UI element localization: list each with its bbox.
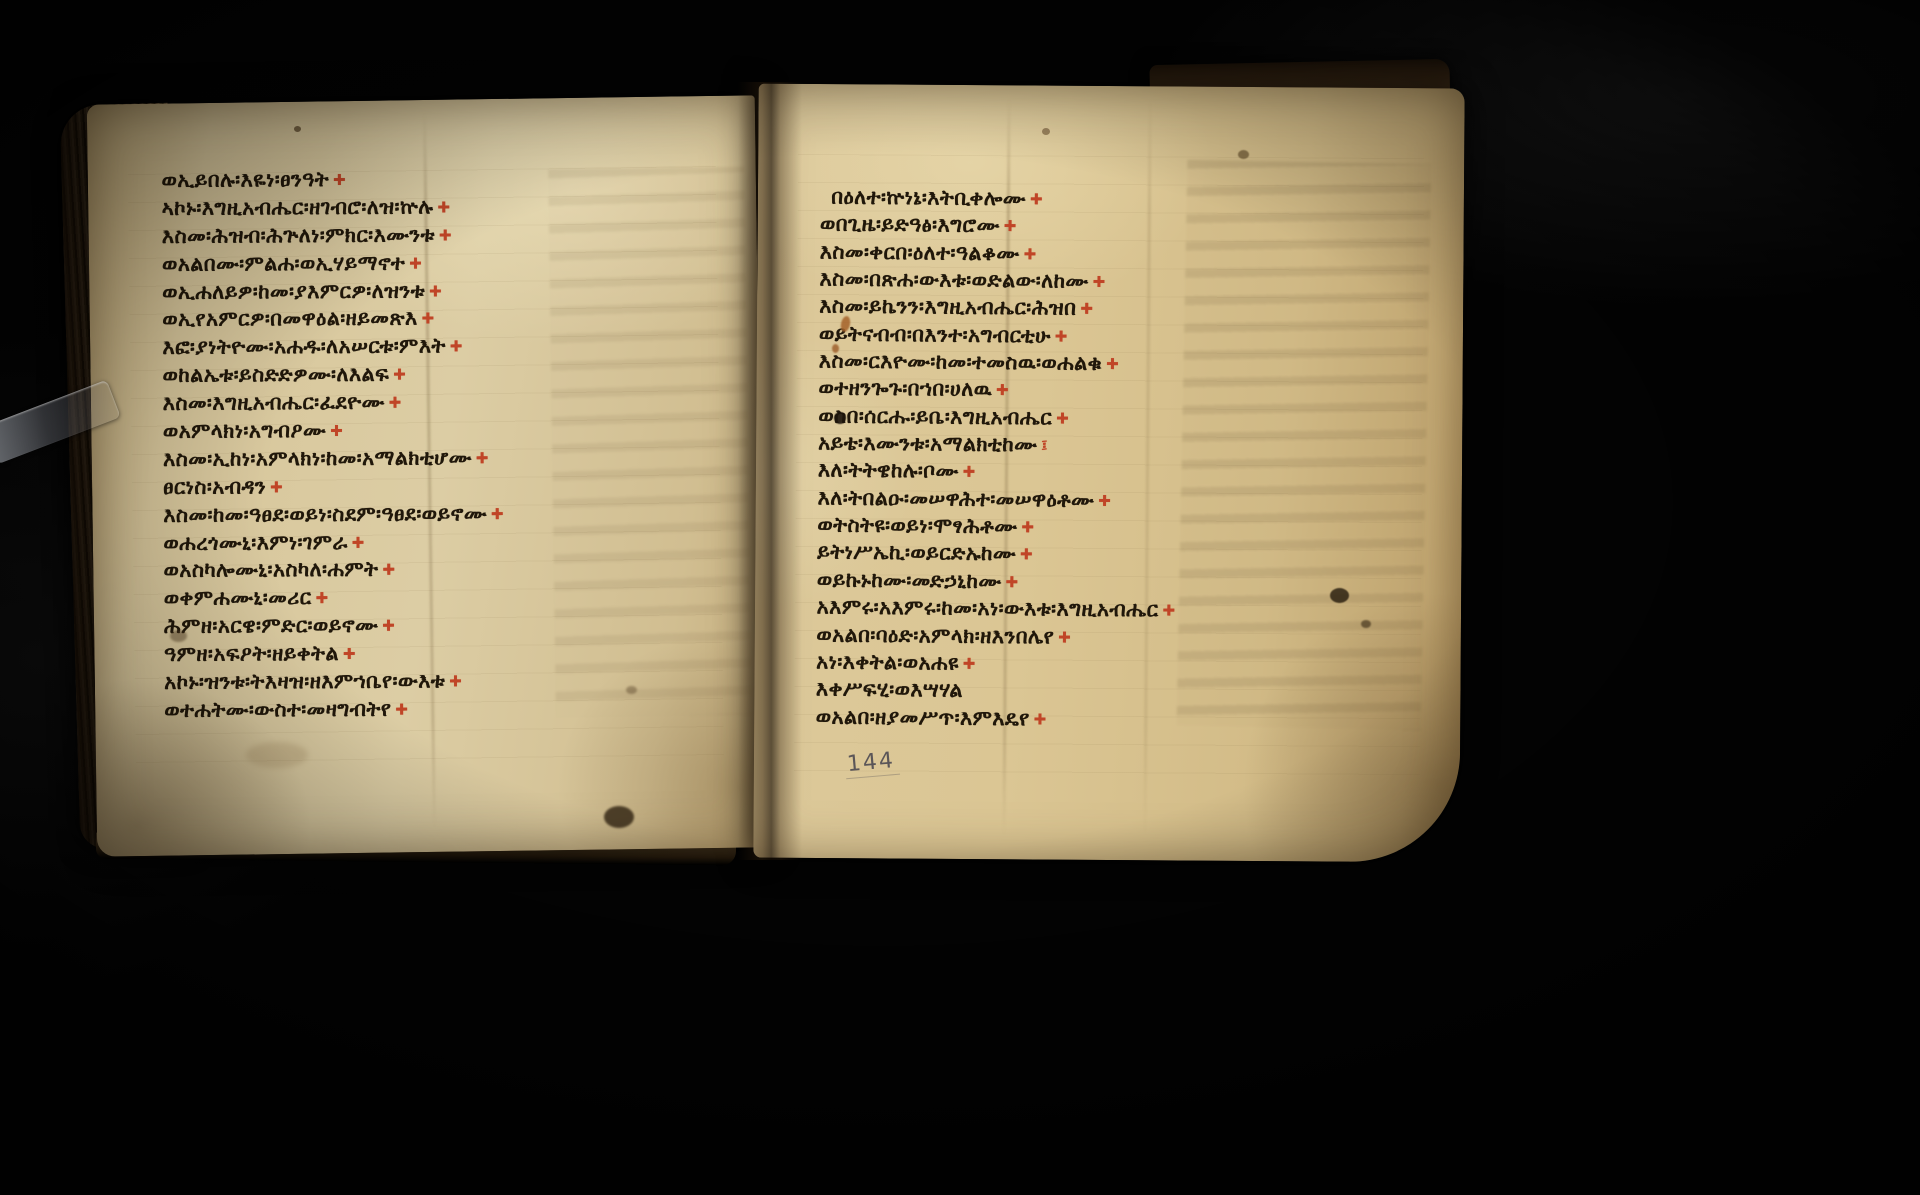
geez-text: እስመ፡ርእዮሙ፡ከመ፡ተመስዉ፡ወሐልቁ — [819, 349, 1102, 375]
rubric-cross-icon: ✚ — [963, 463, 976, 481]
stain-spot — [1361, 620, 1371, 628]
geez-text: ወስበ፡ሰርሑ፡ይቤ፡እግዚአብሔር — [818, 403, 1052, 429]
rubric-cross-icon: ✚ — [439, 226, 452, 244]
rubric-cross-icon: ✚ — [996, 381, 1009, 399]
rubric-cross-icon: ✚ — [330, 422, 343, 440]
stain-spot — [1330, 588, 1349, 603]
geez-text: አእምሩ፡አእምሩ፡ከመ፡አነ፡ውእቱ፡እግዚአብሔር — [817, 595, 1159, 622]
rubric-cross-icon: ✚ — [422, 310, 435, 328]
rubric-cross-icon: ✚ — [409, 254, 422, 272]
manuscript-text-line: እስመ፡ቀርበ፡ዕለተ፡ዓልቆሙ✚ — [820, 239, 1179, 269]
manuscript-text-line: ወኢይበሉ፡እዬነ፡ፀንዓት✚ — [162, 166, 502, 196]
geez-text: እለ፡ትበልዑ፡መሠዋሕተ፡መሠዋዕቶሙ — [818, 485, 1095, 511]
rubric-cross-icon: ✚ — [1021, 518, 1034, 536]
book-gutter-shadow — [738, 82, 802, 860]
geez-text: ወኢይበሉ፡እዬነ፡ፀንዓት — [162, 167, 330, 192]
manuscript-text-line: ወተዘንጐጉ፡በኀበ፡ሀለዉ✚ — [818, 376, 1177, 406]
rust-stain — [832, 344, 839, 353]
manuscript-text-line: ወአምላክነ፡አግብዖሙ✚ — [163, 417, 503, 447]
geez-text: ይትነሥኤኪ፡ወይርድኡከሙ — [817, 540, 1016, 566]
stain-spot — [1238, 150, 1249, 159]
geez-text: እስመ፡እግዚአብሔር፡ፈደዮሙ — [163, 390, 385, 415]
geez-text: ወሐረጎሙኒ፡እምነ፡ገምራ — [163, 530, 347, 555]
manuscript-text-line: እለ፡ትትዌከሉ፡ቦሙ✚ — [818, 458, 1177, 488]
geez-text: እስመ፡ይኬንን፡እግዚአብሔር፡ሕዝበ — [819, 294, 1076, 320]
rubric-cross-icon: ✚ — [450, 338, 463, 356]
geez-text: ወአልበ፡ባዕድ፡አምላክ፡ዘእንበሌየ — [816, 622, 1054, 648]
geez-text: ወበጊዜ፡ይድዓፅ፡እግሮሙ — [820, 212, 1000, 238]
rubric-cross-icon: ✚ — [1004, 217, 1017, 235]
geez-text: እስመ፡ሕዝብ፡ሕጕለነ፡ምክር፡እሙንቱ — [162, 222, 435, 247]
right-page-text-column: በዕለተ፡ኵነኔ፡እትቢቀሎሙ✚ወበጊዜ፡ይድዓፅ፡እግሮሙ✚እስመ፡ቀርበ፡ዕ… — [816, 184, 1179, 734]
stain-spot — [1042, 128, 1050, 135]
manuscript-text-line: ወተሐትሙ፡ውስተ፡መዛግብትየ✚ — [164, 696, 504, 726]
manuscript-text-line: ወትስትዩ፡ወይነ፡ሞፃሕቶሙ✚ — [817, 513, 1176, 543]
rubric-cross-icon: ✚ — [1020, 546, 1033, 564]
rubric-cross-icon: ✚ — [352, 533, 365, 551]
geez-text: ሕምዘ፡አርዌ፡ምድር፡ወይኖሙ — [164, 613, 378, 638]
rubric-cross-icon: ✚ — [1034, 710, 1047, 728]
ink-spot — [834, 412, 846, 424]
rubric-cross-icon: ✚ — [476, 449, 489, 467]
manuscript-text-line: ወአልበ፡ባዕድ፡አምላክ፡ዘእንበሌየ✚ — [816, 622, 1175, 652]
geez-text: ወኢየአምርዎ፡በመዋዕል፡ዘይመጽእ — [162, 306, 417, 331]
geez-text: ወኢሐለይዎ፡ከመ፡ያእምርዎ፡ለዝንቱ — [162, 278, 425, 303]
manuscript-text-line: እስመ፡እግዚአብሔር፡ፈደዮሙ✚ — [163, 389, 503, 419]
rubric-cross-icon: ✚ — [1162, 602, 1175, 620]
manuscript-text-line: ዓምዘ፡አፍዖት፡ዘይቀትል✚ — [164, 640, 504, 670]
rubric-cross-icon: ✚ — [449, 672, 462, 690]
geez-text: ወይኩኑከሙ፡መድኃኒከሙ — [817, 567, 1002, 593]
manuscript-text-line: በዕለተ፡ኵነኔ፡እትቢቀሎሙ✚ — [820, 184, 1179, 214]
manuscript-text-line: እስመ፡ይኬንን፡እግዚአብሔር፡ሕዝበ✚ — [819, 294, 1178, 324]
geez-text: ወቀምሐሙኒ፡መሪር — [164, 585, 312, 610]
rubric-cross-icon: ✚ — [316, 589, 329, 607]
rubric-cross-icon: ✚ — [1098, 492, 1111, 510]
geez-text: እስመ፡ቀርበ፡ዕለተ፡ዓልቆሙ — [820, 239, 1020, 265]
rubric-cross-icon: ፤ — [1041, 436, 1047, 454]
manuscript-text-line: ወአስካሎሙኒ፡አስካለ፡ሐምት✚ — [164, 557, 504, 587]
manuscript-text-line: ኣኮኑ፡እግዚአብሔር፡ዘገብሮ፡ለዝ፡ኵሉ✚ — [162, 194, 502, 224]
geez-text: እስመ፡ከመ፡ዓፀደ፡ወይነ፡ስደም፡ዓፀደ፡ወይኖሙ — [163, 501, 487, 527]
stain-spot — [604, 806, 634, 828]
manuscript-text-line: እለ፡ትበልዑ፡መሠዋሕተ፡መሠዋዕቶሙ✚ — [818, 485, 1177, 515]
photo-backdrop: ወኢይበሉ፡እዬነ፡ፀንዓት✚ኣኮኑ፡እግዚአብሔር፡ዘገብሮ፡ለዝ፡ኵሉ✚እስ… — [0, 0, 1920, 1195]
rubric-cross-icon: ✚ — [1058, 628, 1071, 646]
manuscript-text-line: ወኢሐለይዎ፡ከመ፡ያእምርዎ፡ለዝንቱ✚ — [162, 278, 502, 308]
geez-text: ወተዘንጐጉ፡በኀበ፡ሀለዉ — [819, 376, 993, 402]
geez-text: እስመ፡በጽሐ፡ውእቱ፡ወድልው፡ለከሙ — [819, 266, 1088, 292]
rubric-cross-icon: ✚ — [1055, 327, 1068, 345]
manuscript-text-line: ወሐረጎሙኒ፡እምነ፡ገምራ✚ — [163, 529, 503, 559]
manuscript-text-line: ወይኩኑከሙ፡መድኃኒከሙ✚ — [817, 567, 1176, 597]
left-page-text-column: ወኢይበሉ፡እዬነ፡ፀንዓት✚ኣኮኑ፡እግዚአብሔር፡ዘገብሮ፡ለዝ፡ኵሉ✚እስ… — [162, 166, 505, 726]
geez-text: በዕለተ፡ኵነኔ፡እትቢቀሎሙ — [831, 185, 1026, 211]
rubric-cross-icon: ✚ — [429, 282, 442, 300]
manuscript-text-line: ወአልበ፡ዘያመሥጥ፡እምእዴየ✚ — [816, 704, 1175, 734]
geez-text: አይቴ፡እሙንቱ፡አማልክቲከሙ — [818, 431, 1037, 457]
geez-text: እስመ፡ኢከነ፡አምላክነ፡ከመ፡አማልክቲሆሙ — [163, 445, 472, 471]
page-number: 144 — [844, 748, 900, 780]
geez-text: ፀርነስ፡አብዳን — [163, 474, 266, 499]
manuscript-text-line: ወከልኤቱ፡ይስድድዎሙ፡ለእልፍ✚ — [163, 361, 503, 391]
rubric-cross-icon: ✚ — [1080, 300, 1093, 318]
rubric-cross-icon: ✚ — [343, 645, 356, 663]
manuscript-text-line: ሕምዘ፡አርዌ፡ምድር፡ወይኖሙ✚ — [164, 612, 504, 642]
geez-text: ወተሐትሙ፡ውስተ፡መዛግብትየ — [164, 697, 391, 722]
manuscript-text-line: ወአልበሙ፡ምልሐ፡ወኢሃይማኖተ✚ — [162, 250, 502, 280]
rubric-cross-icon: ✚ — [270, 478, 283, 496]
rubric-cross-icon: ✚ — [333, 171, 346, 189]
manuscript-text-line: እቀሥፍሂ፡ወእሣሃል — [816, 677, 1175, 707]
geez-text: ወአስካሎሙኒ፡አስካለ፡ሐምት — [164, 557, 379, 582]
manuscript-text-line: አይቴ፡እሙንቱ፡አማልክቲከሙ፤ — [818, 431, 1177, 461]
manuscript-text-line: ወበጊዜ፡ይድዓፅ፡እግሮሙ✚ — [820, 212, 1179, 242]
manuscript-text-line: አኮኑ፡ዝንቱ፡ትእዛዝ፡ዘእምኀቤየ፡ውእቱ✚ — [164, 668, 504, 698]
geez-text: ወአልበ፡ዘያመሥጥ፡እምእዴየ — [816, 704, 1030, 730]
manuscript-text-line: ይትነሥኤኪ፡ወይርድኡከሙ✚ — [817, 540, 1176, 570]
rubric-cross-icon: ✚ — [1106, 355, 1119, 373]
geez-text: እቀሥፍሂ፡ወእሣሃል — [816, 677, 963, 702]
manuscript-text-line: እስመ፡ከመ፡ዓፀደ፡ወይነ፡ስደም፡ዓፀደ፡ወይኖሙ✚ — [163, 501, 503, 531]
rubric-cross-icon: ✚ — [395, 701, 408, 719]
manuscript-text-line: እስመ፡ርእዮሙ፡ከመ፡ተመስዉ፡ወሐልቁ✚ — [819, 349, 1178, 379]
stain-spot — [626, 686, 637, 694]
rubric-cross-icon: ✚ — [389, 394, 402, 412]
rubric-cross-icon: ✚ — [382, 617, 395, 635]
manuscript-text-line: እስመ፡በጽሐ፡ውእቱ፡ወድልው፡ለከሙ✚ — [819, 266, 1178, 296]
manuscript-text-line: ፀርነስ፡አብዳን✚ — [163, 473, 503, 503]
geez-text: አኮኑ፡ዝንቱ፡ትእዛዝ፡ዘእምኀቤየ፡ውእቱ — [164, 668, 445, 693]
manuscript-text-line: አነ፡እቀትል፡ወአሐዩ✚ — [816, 649, 1175, 679]
manuscript-text-line: አእምሩ፡አእምሩ፡ከመ፡አነ፡ውእቱ፡እግዚአብሔር✚ — [817, 595, 1176, 625]
rubric-cross-icon: ✚ — [1030, 190, 1043, 208]
stain-spot — [294, 126, 301, 132]
foxing-patch — [246, 742, 308, 768]
manuscript-text-line: እፎ፡ያነትዮሙ፡አሐዱ፡ለአሠርቱ፡ምእት✚ — [162, 333, 502, 363]
rubric-cross-icon: ✚ — [1093, 273, 1106, 291]
geez-text: ወይትናብብ፡በእንተ፡አግብርቲሁ — [819, 321, 1051, 347]
rubric-cross-icon: ✚ — [963, 655, 976, 673]
geez-text: ኣኮኑ፡እግዚአብሔር፡ዘገብሮ፡ለዝ፡ኵሉ — [162, 194, 434, 219]
geez-text: ወከልኤቱ፡ይስድድዎሙ፡ለእልፍ — [163, 362, 390, 387]
rubric-cross-icon: ✚ — [1005, 573, 1018, 591]
ink-bleedthrough-right — [1177, 160, 1432, 731]
ink-bleedthrough-left — [548, 167, 752, 718]
rubric-cross-icon: ✚ — [393, 366, 406, 384]
manuscript-text-line: ወይትናብብ፡በእንተ፡አግብርቲሁ✚ — [819, 321, 1178, 351]
geez-text: እፎ፡ያነትዮሙ፡አሐዱ፡ለአሠርቱ፡ምእት — [162, 334, 445, 359]
rubric-cross-icon: ✚ — [491, 505, 504, 523]
manuscript-text-line: ወቀምሐሙኒ፡መሪር✚ — [164, 584, 504, 614]
rubric-cross-icon: ✚ — [382, 561, 395, 579]
manuscript-text-line: ወኢየአምርዎ፡በመዋዕል፡ዘይመጽእ✚ — [162, 306, 502, 336]
geez-text: ወትስትዩ፡ወይነ፡ሞፃሕቶሙ — [817, 513, 1017, 539]
stain-spot — [170, 630, 187, 642]
manuscript-text-line: ወስበ፡ሰርሑ፡ይቤ፡እግዚአብሔር✚ — [818, 403, 1177, 433]
geez-text: ወአልበሙ፡ምልሐ፡ወኢሃይማኖተ — [162, 250, 405, 275]
geez-text: አነ፡እቀትል፡ወአሐዩ — [816, 649, 959, 674]
manuscript-text-line: እስመ፡ኢከነ፡አምላክነ፡ከመ፡አማልክቲሆሙ✚ — [163, 445, 503, 475]
manuscript-text-line: እስመ፡ሕዝብ፡ሕጕለነ፡ምክር፡እሙንቱ✚ — [162, 222, 502, 252]
geez-text: እለ፡ትትዌከሉ፡ቦሙ — [818, 458, 959, 483]
rubric-cross-icon: ✚ — [437, 198, 450, 216]
geez-text: ዓምዘ፡አፍዖት፡ዘይቀትል — [164, 641, 339, 666]
rubric-cross-icon: ✚ — [1056, 409, 1069, 427]
rubric-cross-icon: ✚ — [1024, 245, 1037, 263]
geez-text: ወአምላክነ፡አግብዖሙ — [163, 418, 326, 443]
